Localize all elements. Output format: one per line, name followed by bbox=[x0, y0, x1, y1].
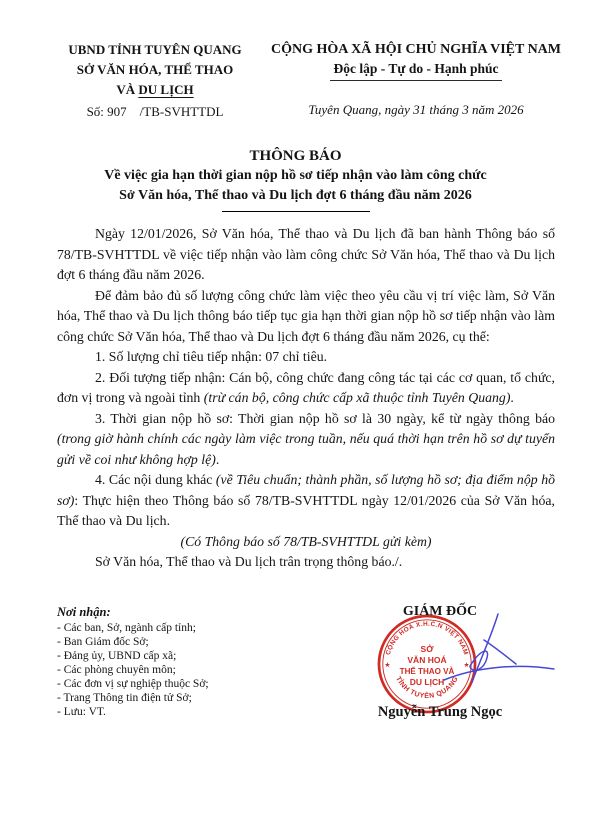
document-type: THÔNG BÁO bbox=[0, 146, 591, 166]
agency-name-underlined: DU LỊCH bbox=[138, 82, 193, 97]
agency-name-prefix: VÀ bbox=[116, 82, 138, 97]
agency-name-line2: VÀ DU LỊCH bbox=[50, 80, 260, 100]
subject-line2: Sở Văn hóa, Thể thao và Du lịch đợt 6 th… bbox=[0, 186, 591, 206]
document-page: UBND TỈNH TUYÊN QUANG SỞ VĂN HÓA, THỂ TH… bbox=[0, 0, 591, 828]
attachment-note: (Có Thông báo số 78/TB-SVHTTDL gửi kèm) bbox=[57, 532, 555, 553]
recipient-item: - Đảng ủy, UBND cấp xã; bbox=[57, 649, 337, 663]
national-title: CỘNG HÒA XÃ HỘI CHỦ NGHĨA VIỆT NAM bbox=[258, 40, 574, 60]
recipients-label: Nơi nhận: bbox=[57, 604, 337, 621]
national-motto: Độc lập - Tự do - Hạnh phúc bbox=[330, 60, 501, 81]
item-deadline-text: 3. Thời gian nộp hồ sơ: Thời gian nộp hồ… bbox=[95, 411, 555, 426]
subject-line1: Về việc gia hạn thời gian nộp hồ sơ tiếp… bbox=[0, 166, 591, 186]
paragraph-purpose: Để đảm bảo đủ số lượng công chức làm việ… bbox=[57, 286, 555, 348]
document-number: Số: 907/TB-SVHTTDL bbox=[50, 102, 260, 122]
issuing-agency-block: UBND TỈNH TUYÊN QUANG SỞ VĂN HÓA, THỂ TH… bbox=[50, 40, 260, 122]
recipient-item: - Các ban, Sở, ngành cấp tỉnh; bbox=[57, 621, 337, 635]
seal-star-left-icon: ★ bbox=[384, 662, 390, 669]
title-separator bbox=[222, 211, 370, 212]
recipient-item: - Các phòng chuyên môn; bbox=[57, 663, 337, 677]
recipients-block: Nơi nhận: - Các ban, Sở, ngành cấp tỉnh;… bbox=[57, 604, 337, 719]
item-other-text: 4. Các nội dung khác bbox=[95, 472, 216, 487]
recipient-item: - Trang Thông tin điện tử Sở; bbox=[57, 691, 337, 705]
handwritten-signature-icon bbox=[428, 608, 560, 703]
signer-title: GIÁM ĐỐC bbox=[330, 604, 550, 620]
title-block: THÔNG BÁO Về việc gia hạn thời gian nộp … bbox=[0, 146, 591, 212]
paragraph-intro: Ngày 12/01/2026, Sở Văn hóa, Thể thao và… bbox=[57, 224, 555, 286]
signature-block: GIÁM ĐỐC CỘNG HOÀ X.H.C.N VIỆT NAM TỈNH … bbox=[330, 598, 550, 748]
signer-name: Nguyễn Trung Ngọc bbox=[330, 704, 550, 721]
recipient-item: - Ban Giám đốc Sở; bbox=[57, 635, 337, 649]
place-dateline: Tuyên Quang, ngày 31 tháng 3 năm 2026 bbox=[258, 102, 574, 118]
agency-name-line1: SỞ VĂN HÓA, THỂ THAO bbox=[50, 60, 260, 80]
item-subjects-end: . bbox=[510, 390, 513, 405]
item-deadline: 3. Thời gian nộp hồ sơ: Thời gian nộp hồ… bbox=[57, 409, 555, 471]
recipient-item: - Lưu: VT. bbox=[57, 705, 337, 719]
item-other-end: : Thực hiện theo Thông báo số 78/TB-SVHT… bbox=[57, 493, 555, 529]
document-body: Ngày 12/01/2026, Sở Văn hóa, Thể thao và… bbox=[57, 224, 555, 573]
parent-agency: UBND TỈNH TUYÊN QUANG bbox=[50, 40, 260, 60]
document-number-label: Số: 907 bbox=[87, 104, 127, 119]
national-header-block: CỘNG HÒA XÃ HỘI CHỦ NGHĨA VIỆT NAM Độc l… bbox=[258, 40, 574, 118]
document-number-symbol: /TB-SVHTTDL bbox=[140, 104, 224, 119]
item-quota: 1. Số lượng chỉ tiêu tiếp nhận: 07 chỉ t… bbox=[57, 347, 555, 368]
closing-line: Sở Văn hóa, Thể thao và Du lịch trân trọ… bbox=[57, 552, 555, 573]
item-subjects-note: (trừ cán bộ, công chức cấp xã thuộc tỉnh… bbox=[204, 390, 511, 405]
item-subjects: 2. Đối tượng tiếp nhận: Cán bộ, công chứ… bbox=[57, 368, 555, 409]
item-other: 4. Các nội dung khác (về Tiêu chuẩn; thà… bbox=[57, 470, 555, 532]
item-deadline-end: . bbox=[216, 452, 219, 467]
item-deadline-note: (trong giờ hành chính các ngày làm việc … bbox=[57, 431, 555, 467]
recipient-item: - Các đơn vị sự nghiệp thuộc Sở; bbox=[57, 677, 337, 691]
